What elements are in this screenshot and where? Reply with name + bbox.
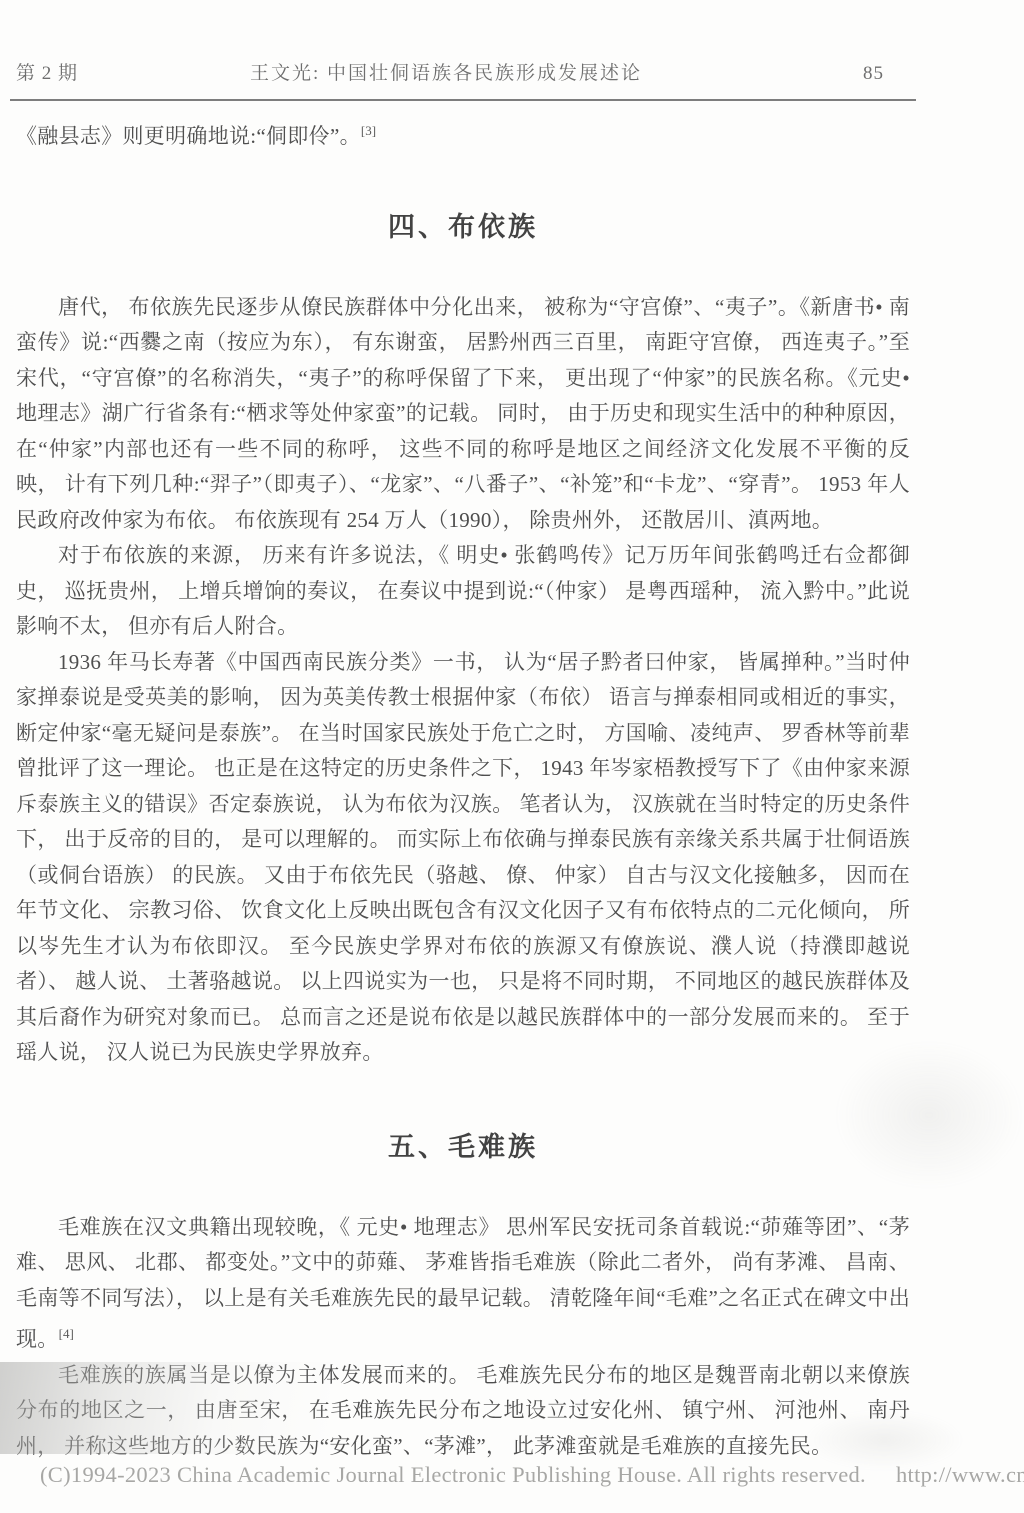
page-number: 85 [814,63,910,85]
paragraph-buyi-1: 唐代， 布依族先民逐步从僚民族群体中分化出来， 被称为“守宫僚”、“夷子”。《新… [16,290,910,539]
page-footer: (C)1994-2023 China Academic Journal Elec… [0,1462,1024,1488]
footer-copyright: (C)1994-2023 China Academic Journal Elec… [40,1462,866,1487]
paragraph-text: 毛难族在汉文典籍出现较晚，《 元史• 地理志》 思州军民安抚司条首载说:“茆薙等… [16,1215,910,1352]
intro-line: 《融县志》则更明确地说:“侗即伶”。[3] [16,113,910,155]
footnote-ref-3: [3] [361,123,376,138]
page-header: 第 2 期 王文光: 中国壮侗语族各民族形成发展述论 85 [16,58,910,85]
header-rule [10,99,916,101]
section-heading-maonan: 五、毛难族 [16,1125,910,1164]
paragraph-maonan-2: 毛难族的族属当是以僚为主体发展而来的。 毛难族先民分布的地区是魏晋南北朝以来僚族… [16,1358,910,1465]
section-heading-buyi: 四、布依族 [16,205,910,244]
intro-text: 《融县志》则更明确地说:“侗即伶”。 [16,124,361,148]
footer-url: http://www.cnk [896,1462,1024,1487]
journal-page: 第 2 期 王文光: 中国壮侗语族各民族形成发展述论 85 《融县志》则更明确地… [0,0,1024,1513]
footnote-ref-4: [4] [59,1326,74,1341]
running-title: 王文光: 中国壮侗语族各民族形成发展述论 [78,58,814,85]
issue-label: 第 2 期 [16,58,78,85]
paragraph-buyi-3: 1936 年马长寿著《中国西南民族分类》一书， 认为“居子黔者曰仲家， 皆属掸种… [16,645,910,1071]
paragraph-maonan-1: 毛难族在汉文典籍出现较晚，《 元史• 地理志》 思州军民安抚司条首载说:“茆薙等… [16,1210,910,1358]
paragraph-buyi-2: 对于布依族的来源， 历来有许多说法，《 明史• 张鹤鸣传》记万历年间张鹤鸣迁右佥… [16,538,910,645]
